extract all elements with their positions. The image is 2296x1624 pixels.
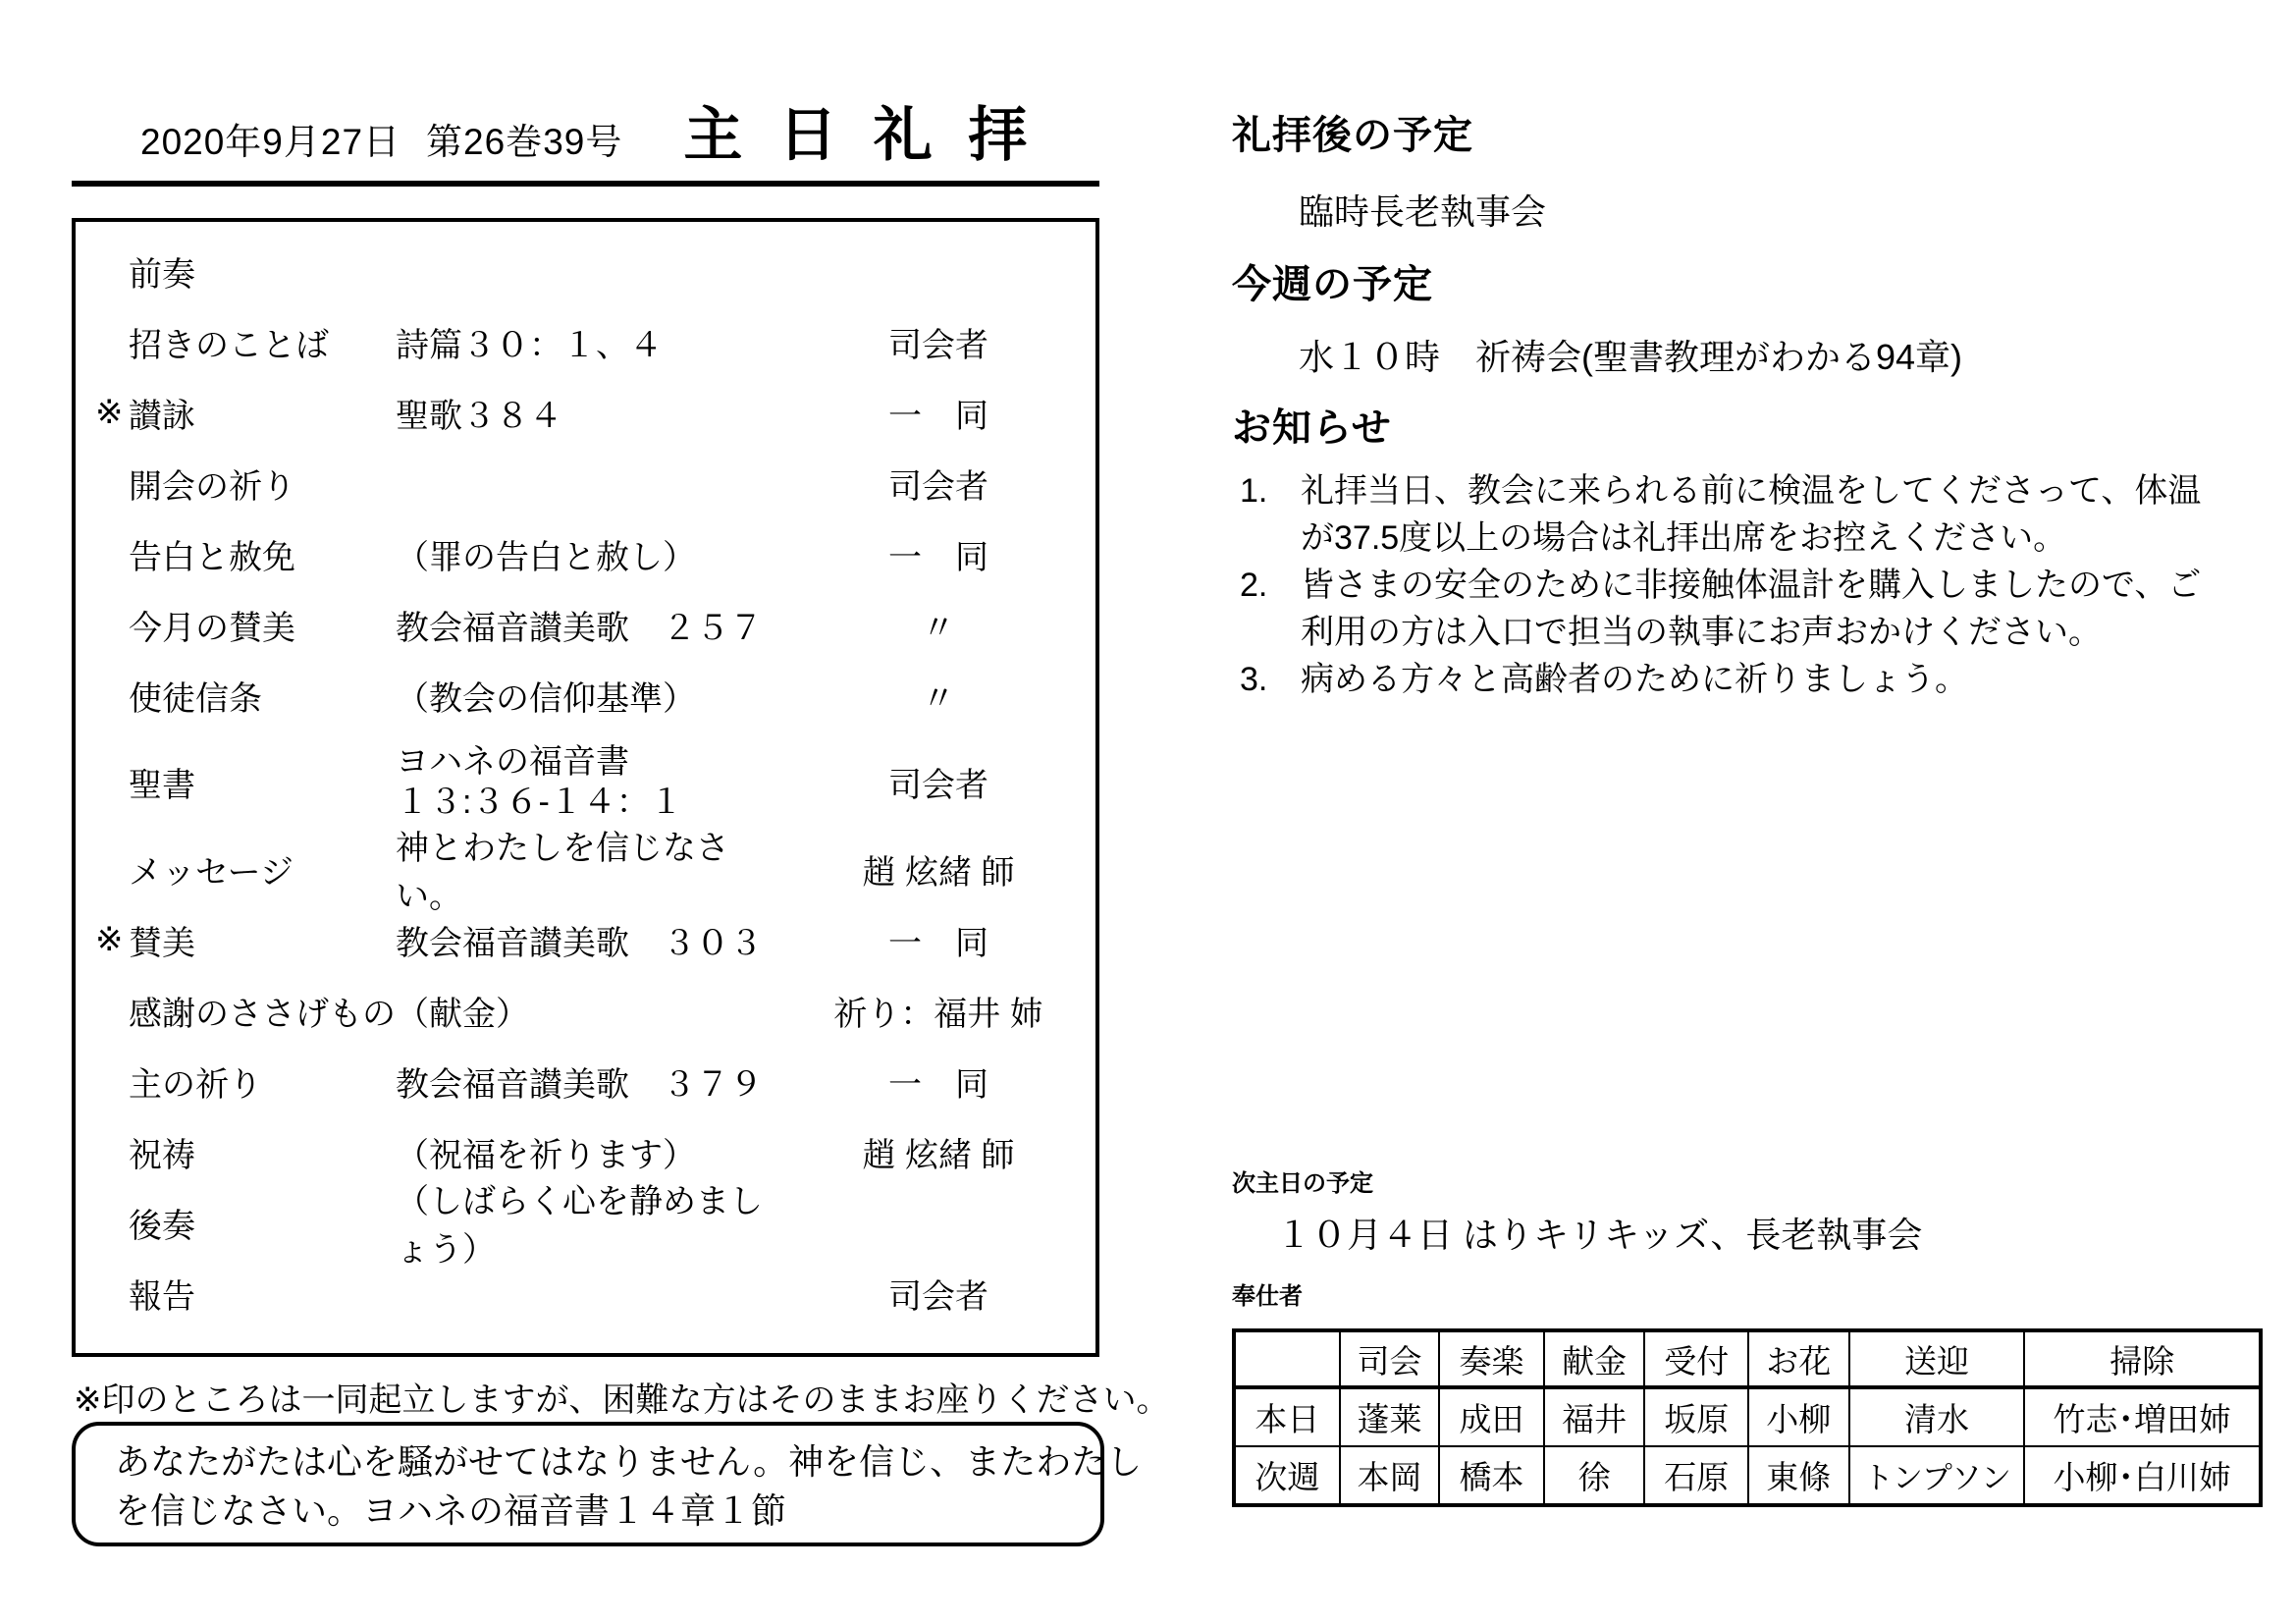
- memory-verse-line2: を信じなさい。ヨハネの福音書１４章１節: [115, 1487, 1100, 1536]
- servants-col-offering: 献金: [1544, 1330, 1645, 1387]
- program-item-label: 聖書: [129, 758, 396, 806]
- cell-offering: 徐: [1544, 1446, 1645, 1505]
- program-item-who: 祈り：福井 姉: [791, 987, 1086, 1035]
- cell-flowers: 小柳: [1748, 1387, 1849, 1446]
- this-week-body: 水１０時 祈祷会(聖書教理がわかる94章): [1232, 334, 2258, 381]
- program-item-label: 前奏: [129, 247, 396, 296]
- program-item-content: 教会福音讃美歌 ３７９: [396, 1057, 791, 1106]
- cell-reception: 石原: [1644, 1446, 1748, 1505]
- program-row: 報告司会者: [95, 1258, 1086, 1328]
- announcement-text: 礼拝当日、教会に来られる前に検温をしてくださって、体温が37.5度以上の場合は礼…: [1301, 467, 2218, 562]
- announcement-item: 1.礼拝当日、教会に来られる前に検温をしてくださって、体温が37.5度以上の場合…: [1232, 467, 2258, 562]
- next-sunday-heading: 次主日の予定: [1232, 1164, 2263, 1198]
- issue-date-line: 2020年9月27日第26巻39号: [72, 112, 622, 181]
- program-row: ※讃詠聖歌３８４一 同: [95, 377, 1086, 448]
- standup-mark: ※: [95, 393, 129, 432]
- scripture-verses: １３:３６-１４：１: [396, 783, 791, 823]
- servants-col-music: 奏楽: [1439, 1330, 1544, 1387]
- servants-col-blank: [1234, 1330, 1340, 1387]
- program-item-content: （しばらく心を静めましょう）: [396, 1174, 791, 1271]
- servants-col-mc: 司会: [1340, 1330, 1439, 1387]
- program-row: 今月の賛美教会福音讃美歌 ２５７〃: [95, 589, 1086, 660]
- program-item-label: 使徒信条: [129, 672, 396, 720]
- issue-date: 2020年9月27日: [140, 122, 400, 162]
- cell-music: 成田: [1439, 1387, 1544, 1446]
- announcement-item: 3.病める方々と高齢者のために祈りましょう。: [1232, 656, 2258, 703]
- program-item-label: 今月の賛美: [129, 601, 396, 649]
- program-item-who: 〃: [791, 672, 1086, 720]
- servants-table: 司会 奏楽 献金 受付 お花 送迎 掃除 本日 蓬莱 成田 福井 坂原 小柳: [1232, 1328, 2263, 1507]
- program-item-content: （献金）: [396, 987, 791, 1035]
- scripture-book: ヨハネの福音書: [396, 742, 791, 783]
- program-row: 聖書ヨハネの福音書１３:３６-１４：１司会者: [95, 731, 1086, 834]
- this-week-heading: 今週の予定: [1232, 259, 2258, 310]
- program-item-who: 一 同: [791, 916, 1086, 964]
- program-item-who: 趙 炫緒 師: [791, 1128, 1086, 1176]
- cell-flowers: 東條: [1748, 1446, 1849, 1505]
- program-item-who: 〃: [791, 601, 1086, 649]
- standup-footnote: ※印のところは一同起立しますが、困難な方はそのままお座りください。: [74, 1373, 1153, 1421]
- announcement-text: 病める方々と高齢者のために祈りましょう。: [1301, 656, 2218, 703]
- program-row: 招きのことば詩篇３０：１、４司会者: [95, 306, 1086, 377]
- row-label: 次週: [1234, 1446, 1340, 1505]
- worship-program-box: 前奏 招きのことば詩篇３０：１、４司会者 ※讃詠聖歌３８４一 同 開会の祈り司会…: [72, 218, 1099, 1357]
- program-item-who: 一 同: [791, 1057, 1086, 1106]
- announcement-number: 2.: [1232, 562, 1301, 656]
- after-worship-heading: 礼拝後の予定: [1232, 110, 2258, 161]
- masthead: 2020年9月27日第26巻39号 主 日 礼 拝: [72, 0, 1099, 187]
- program-row: メッセージ神とわたしを信じなさい。趙 炫緒 師: [95, 834, 1086, 904]
- program-item-who: 一 同: [791, 389, 1086, 437]
- program-item-label: 報告: [129, 1270, 396, 1318]
- servants-header-row: 司会 奏楽 献金 受付 お花 送迎 掃除: [1234, 1330, 2261, 1387]
- program-item-label: メッセージ: [129, 845, 396, 893]
- announcements-heading: お知らせ: [1232, 403, 2258, 454]
- servants-col-cleaning: 掃除: [2024, 1330, 2261, 1387]
- program-item-content: 教会福音讃美歌 ２５７: [396, 601, 791, 649]
- program-item-who: 司会者: [791, 318, 1086, 366]
- issue-number: 第26巻39号: [426, 122, 622, 162]
- program-row: 開会の祈り司会者: [95, 448, 1086, 518]
- memory-verse-box: あなたがたは心を騒がせてはなりません。神を信じ、またわたし を信じなさい。ヨハネ…: [72, 1422, 1104, 1546]
- cell-transport: トンプソン: [1849, 1446, 2025, 1505]
- after-worship-body: 臨時長老執事会: [1232, 189, 2258, 236]
- next-sunday-body: １０月４日 はりキリキッズ、長老執事会: [1232, 1212, 2263, 1259]
- memory-verse-line1: あなたがたは心を騒がせてはなりません。神を信じ、またわたし: [115, 1437, 1100, 1487]
- program-item-content: ヨハネの福音書１３:３６-１４：１: [396, 742, 791, 823]
- program-item-content: 教会福音讃美歌 ３０３: [396, 916, 791, 964]
- cell-reception: 坂原: [1644, 1387, 1748, 1446]
- cell-mc: 本岡: [1340, 1446, 1439, 1505]
- row-label: 本日: [1234, 1387, 1340, 1446]
- cell-cleaning: 小柳･白川姉: [2024, 1446, 2261, 1505]
- program-item-content: （罪の告白と赦し）: [396, 530, 791, 578]
- program-row: 主の祈り教会福音讃美歌 ３７９一 同: [95, 1046, 1086, 1116]
- announcement-text: 皆さまの安全のために非接触体温計を購入しましたので、ご利用の方は入口で担当の執事…: [1301, 562, 2218, 656]
- next-sunday-block: 次主日の予定 １０月４日 はりキリキッズ、長老執事会 奉仕者 司会 奏楽 献金 …: [1232, 1164, 2263, 1507]
- servants-row-nextweek: 次週 本岡 橋本 徐 石原 東條 トンプソン 小柳･白川姉: [1234, 1446, 2261, 1505]
- program-item-content: （祝福を祈ります）: [396, 1128, 791, 1176]
- page-title: 主 日 礼 拝: [622, 88, 1037, 181]
- program-item-label: 祝祷: [129, 1128, 396, 1176]
- program-item-label: 讃詠: [129, 389, 396, 437]
- program-row: 使徒信条（教会の信仰基準）〃: [95, 660, 1086, 731]
- program-item-label: 感謝のささげもの: [129, 987, 396, 1035]
- program-row: 前奏: [95, 236, 1086, 306]
- announcement-number: 1.: [1232, 467, 1301, 562]
- program-row: 感謝のささげもの（献金）祈り：福井 姉: [95, 975, 1086, 1046]
- right-column: 礼拝後の予定 臨時長老執事会 今週の予定 水１０時 祈祷会(聖書教理がわかる94…: [1232, 110, 2258, 703]
- program-row: ※賛美教会福音讃美歌 ３０３一 同: [95, 904, 1086, 975]
- program-item-content: （教会の信仰基準）: [396, 672, 791, 720]
- program-item-content: 詩篇３０：１、４: [396, 318, 791, 366]
- announcement-item: 2.皆さまの安全のために非接触体温計を購入しましたので、ご利用の方は入口で担当の…: [1232, 562, 2258, 656]
- bulletin-page: 2020年9月27日第26巻39号 主 日 礼 拝 前奏 招きのことば詩篇３０：…: [0, 0, 2296, 1624]
- program-item-label: 主の祈り: [129, 1057, 396, 1106]
- servants-col-reception: 受付: [1644, 1330, 1748, 1387]
- cell-mc: 蓬莱: [1340, 1387, 1439, 1446]
- program-item-who: 司会者: [791, 460, 1086, 508]
- program-item-label: 後奏: [129, 1199, 396, 1247]
- program-item-label: 開会の祈り: [129, 460, 396, 508]
- servants-col-transport: 送迎: [1849, 1330, 2025, 1387]
- program-item-who: 司会者: [791, 1270, 1086, 1318]
- announcements-list: 1.礼拝当日、教会に来られる前に検温をしてくださって、体温が37.5度以上の場合…: [1232, 467, 2258, 703]
- standup-mark: ※: [95, 920, 129, 959]
- servants-col-flowers: お花: [1748, 1330, 1849, 1387]
- program-item-who: 司会者: [791, 758, 1086, 806]
- program-row: 後奏（しばらく心を静めましょう）: [95, 1187, 1086, 1258]
- cell-music: 橋本: [1439, 1446, 1544, 1505]
- servants-heading: 奉仕者: [1232, 1276, 2263, 1311]
- announcement-number: 3.: [1232, 656, 1301, 703]
- cell-offering: 福井: [1544, 1387, 1645, 1446]
- program-item-content: 聖歌３８４: [396, 389, 791, 437]
- servants-row-today: 本日 蓬莱 成田 福井 坂原 小柳 清水 竹志･増田姉: [1234, 1387, 2261, 1446]
- program-item-label: 告白と赦免: [129, 530, 396, 578]
- cell-transport: 清水: [1849, 1387, 2025, 1446]
- program-item-label: 招きのことば: [129, 318, 396, 366]
- program-item-label: 賛美: [129, 916, 396, 964]
- program-item-who: 一 同: [791, 530, 1086, 578]
- cell-cleaning: 竹志･増田姉: [2024, 1387, 2261, 1446]
- program-row: 告白と赦免（罪の告白と赦し）一 同: [95, 518, 1086, 589]
- program-item-content: 神とわたしを信じなさい。: [396, 821, 791, 917]
- program-item-who: 趙 炫緒 師: [791, 845, 1086, 893]
